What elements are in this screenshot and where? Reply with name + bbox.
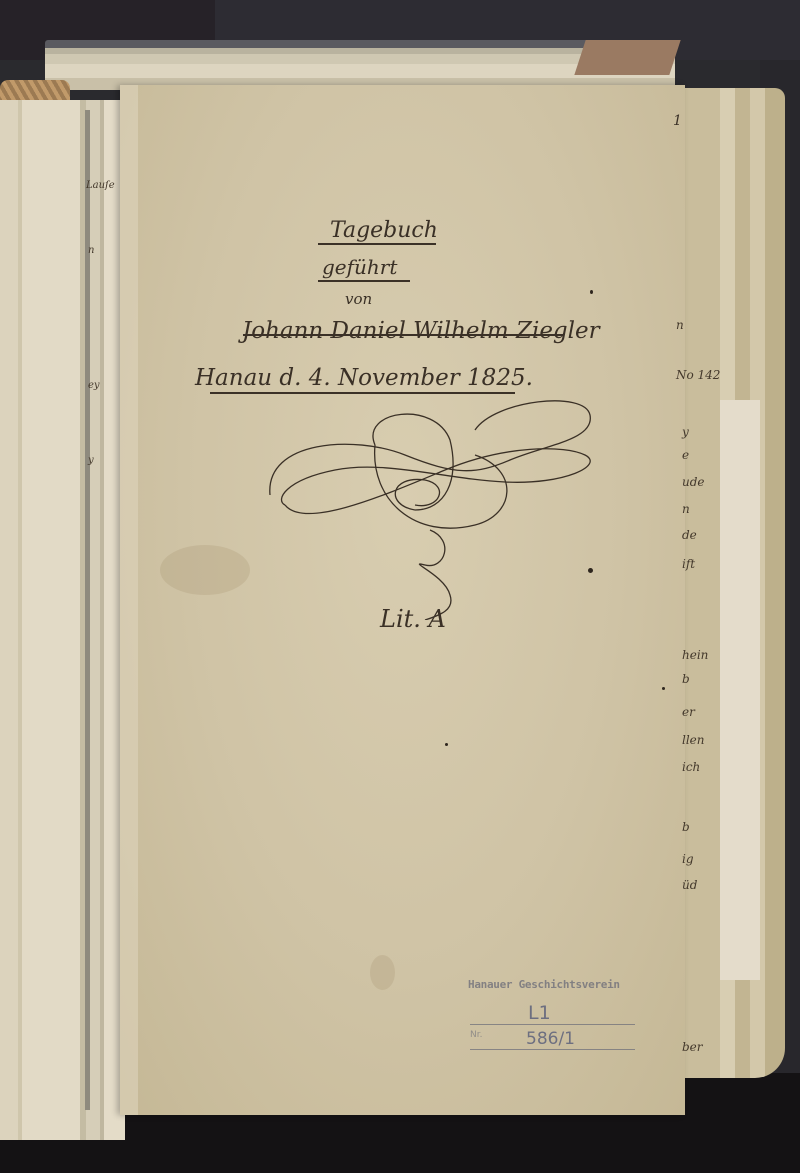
paper-stain <box>370 955 395 990</box>
stamp-number: 586/1 <box>526 1029 575 1049</box>
leather-corner <box>574 40 680 75</box>
place-date: Hanau d. 4. November 1825. <box>195 365 533 391</box>
ink-spot <box>590 290 593 294</box>
subtitle-text: geführt <box>322 255 397 279</box>
archive-stamp: Hanauer Geschichtsverein L1 Nr. 586/1 <box>468 978 643 1058</box>
stamp-institution: Hanauer Geschichtsverein <box>468 978 620 991</box>
margin-fragment: de <box>682 528 697 542</box>
margin-fragment: er <box>682 705 695 719</box>
author-underline <box>243 334 563 336</box>
author-name: Johann Daniel Wilhelm Ziegler <box>242 318 600 344</box>
margin-fragment: ich <box>682 760 700 774</box>
stamp-rule <box>470 1049 635 1050</box>
margin-fragment: No 142 <box>676 368 720 382</box>
page-number: 1 <box>673 113 682 129</box>
stamp-series: L1 <box>528 1002 551 1024</box>
place-date-underline <box>210 392 515 394</box>
left-page-stack <box>0 100 125 1140</box>
title-text: Tagebuch <box>330 218 438 243</box>
margin-fragment: b <box>682 820 690 834</box>
ink-spot <box>588 568 593 573</box>
margin-fragment: n <box>88 245 94 256</box>
margin-fragment: ift <box>682 557 695 571</box>
margin-fragment: üd <box>682 878 697 892</box>
title-underline <box>318 243 436 245</box>
margin-fragment: Lauſe <box>86 180 115 191</box>
margin-fragment: y <box>682 425 689 439</box>
right-torn-page <box>720 400 760 980</box>
stamp-rule <box>470 1024 635 1025</box>
margin-fragment: n <box>682 502 690 516</box>
stamp-number-label: Nr. <box>470 1030 482 1040</box>
designation-text: Lit. A <box>380 605 446 633</box>
paper-stain <box>160 545 250 595</box>
ink-spot <box>445 743 448 746</box>
preposition-text: von <box>345 290 372 308</box>
ink-spot <box>662 687 665 690</box>
margin-fragment: ber <box>682 1040 703 1054</box>
margin-fragment: b <box>682 672 690 686</box>
margin-fragment: e <box>682 448 689 462</box>
margin-fragment: llen <box>682 733 705 747</box>
margin-fragment: ude <box>682 475 705 489</box>
left-page-gutter <box>85 110 90 1110</box>
cover-page-edge <box>120 85 138 1115</box>
margin-fragment: n <box>676 318 684 332</box>
margin-fragment: ig <box>682 852 694 866</box>
margin-fragment: ey <box>88 380 100 391</box>
subtitle-underline <box>318 280 410 282</box>
margin-fragment: y <box>88 455 94 466</box>
margin-fragment: hein <box>682 648 708 662</box>
calligraphic-flourish <box>265 400 595 620</box>
